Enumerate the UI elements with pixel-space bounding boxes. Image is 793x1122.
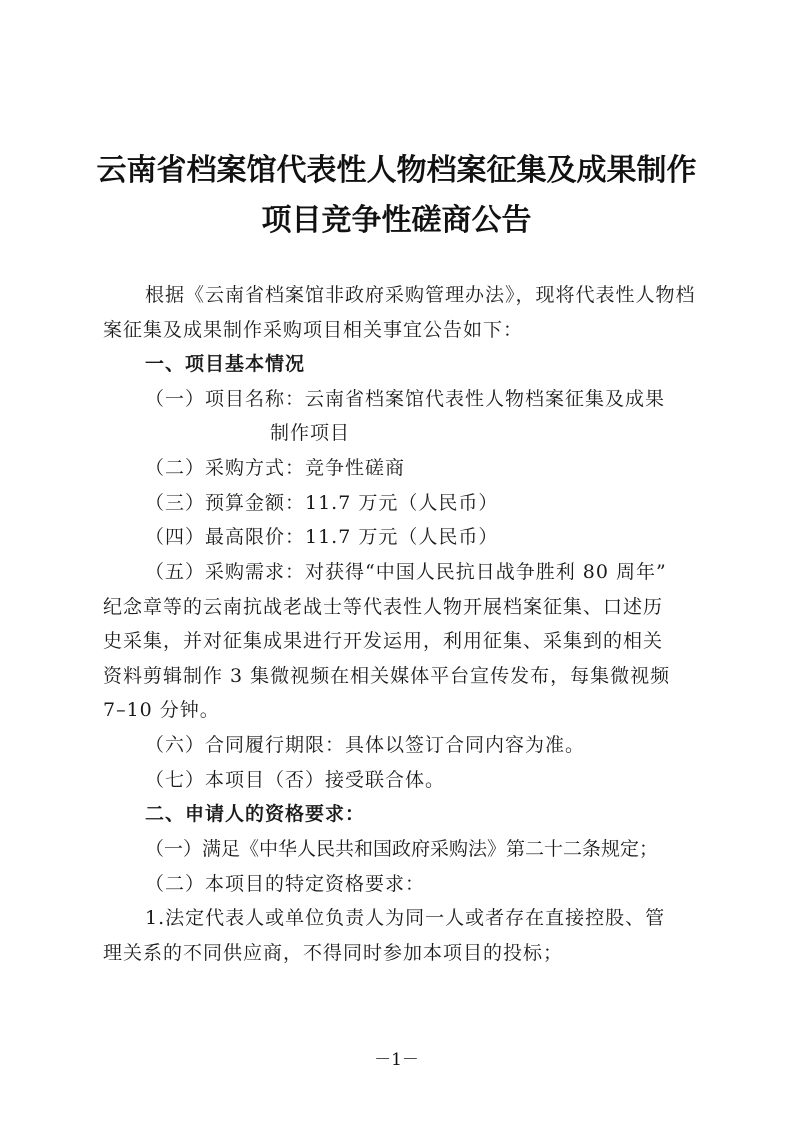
qualification-item1: （一）满足《中华人民共和国政府采购法》第二十二条规定；	[145, 834, 658, 861]
document-title-line1: 云南省档案馆代表性人物档案征集及成果制作	[0, 145, 793, 189]
section1-heading: 一、项目基本情况	[145, 349, 305, 376]
qualification-point1-line2: 理关系的不同供应商，不得同时参加本项目的投标；	[103, 938, 563, 965]
section2-heading: 二、申请人的资格要求：	[145, 799, 365, 826]
qualification-item2: （二）本项目的特定资格要求：	[145, 869, 425, 896]
item-requirements-line1: （五）采购需求：对获得“中国人民抗日战争胜利 80 周年”	[145, 557, 667, 584]
item-contract-period: （六）合同履行期限：具体以签订合同内容为准。	[145, 730, 585, 757]
item-requirements-line2: 纪念章等的云南抗战老战士等代表性人物开展档案征集、口述历	[103, 592, 663, 619]
intro-line1: 根据《云南省档案馆非政府采购管理办法》，现将代表性人物档	[145, 280, 696, 307]
qualification-point1-line1: 1.法定代表人或单位负责人为同一人或者存在直接控股、管	[145, 903, 665, 930]
item-requirements-line4: 资料剪辑制作 3 集微视频在相关媒体平台宣传发布，每集微视频	[103, 661, 670, 688]
item-max-price: （四）最高限价：11.7 万元（人民币）	[145, 522, 498, 549]
item-budget: （三）预算金额：11.7 万元（人民币）	[145, 488, 498, 515]
intro-line2: 案征集及成果制作采购项目相关事宜公告如下：	[103, 315, 523, 342]
item-consortium: （七）本项目（否）接受联合体。	[145, 765, 445, 792]
item-requirements-line5: 7–10 分钟。	[103, 695, 220, 722]
document-title-line2: 项目竞争性磋商公告	[0, 195, 793, 239]
item-procurement-method: （二）采购方式：竞争性磋商	[145, 453, 405, 480]
page-number: －1－	[0, 1045, 793, 1070]
item-requirements-line3: 史采集，并对征集成果进行开发运用，利用征集、采集到的相关	[103, 626, 663, 653]
item-project-name: （一）项目名称：云南省档案馆代表性人物档案征集及成果	[145, 384, 665, 411]
item-project-name-cont: 制作项目	[270, 418, 350, 445]
